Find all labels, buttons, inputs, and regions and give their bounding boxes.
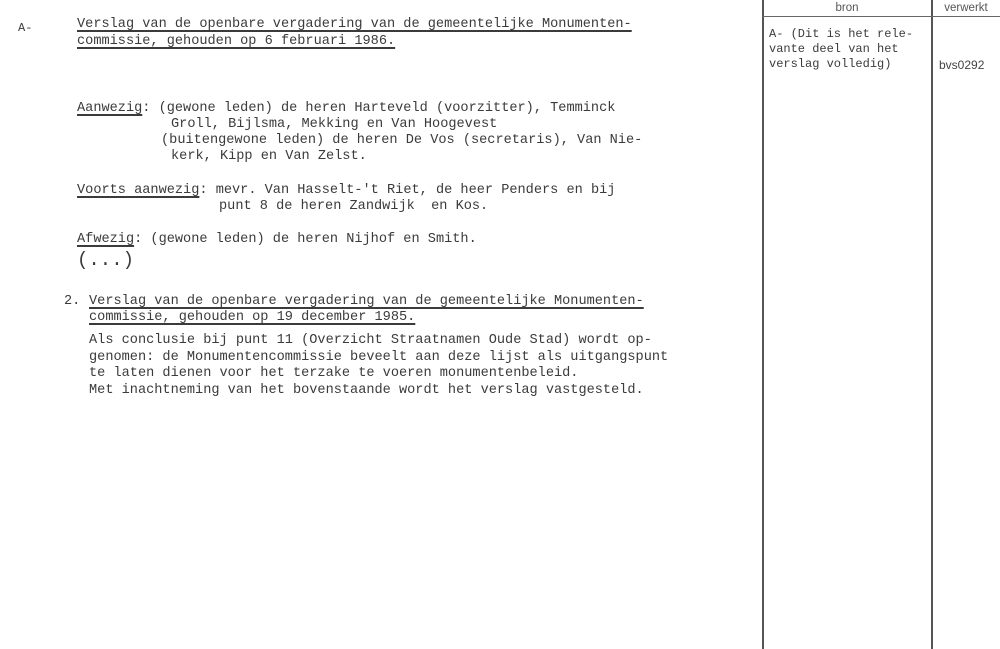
bron-line-3: verslag volledig) [769, 57, 891, 73]
verwerkt-code: bvs0292 [939, 58, 984, 72]
present-line-3: (buitengewone leden) de heren De Vos (se… [161, 133, 642, 149]
ellipsis: (...) [77, 250, 134, 270]
table-border-left [762, 0, 764, 649]
column-header-bron: bron [763, 2, 931, 14]
item-heading-line-1: Verslag van de openbare vergadering van … [89, 294, 644, 310]
item-number: 2. [64, 294, 80, 310]
present-line-4: kerk, Kipp en Van Zelst. [171, 149, 367, 165]
heading-line-1: Verslag van de openbare vergadering van … [77, 17, 632, 33]
item-body-line-2: genomen: de Monumentencommissie beveelt … [89, 350, 668, 366]
absent-line: : (gewone leden) de heren Nijhof en Smit… [134, 232, 477, 247]
heading-line-2: commissie, gehouden op 6 februari 1986. [77, 34, 395, 50]
also-present-line-2: punt 8 de heren Zandwijk en Kos. [219, 199, 488, 215]
also-present-label: Voorts aanwezig [77, 183, 199, 198]
present-line-1: : (gewone leden) de heren Harteveld (voo… [142, 101, 615, 116]
table-border-middle [931, 0, 933, 649]
present-label: Aanwezig [77, 101, 142, 116]
column-header-verwerkt: verwerkt [932, 2, 1000, 14]
item-body-line-1: Als conclusie bij punt 11 (Overzicht Str… [89, 333, 652, 349]
bron-line-2: vante deel van het [769, 42, 899, 58]
bron-line-1: A- (Dit is het rele- [769, 27, 913, 43]
absent-label: Afwezig [77, 232, 134, 247]
present-line-2: Groll, Bijlsma, Mekking en Van Hoogevest [171, 117, 497, 133]
also-present-line-1: : mevr. Van Hasselt-'t Riet, de heer Pen… [199, 183, 615, 198]
header-divider [762, 16, 1000, 17]
item-body-line-3: te laten dienen voor het terzake te voer… [89, 366, 578, 382]
item-heading-line-2: commissie, gehouden op 19 december 1985. [89, 310, 415, 326]
item-body-line-4: Met inachtneming van het bovenstaande wo… [89, 383, 644, 399]
margin-marker: A- [18, 20, 32, 36]
